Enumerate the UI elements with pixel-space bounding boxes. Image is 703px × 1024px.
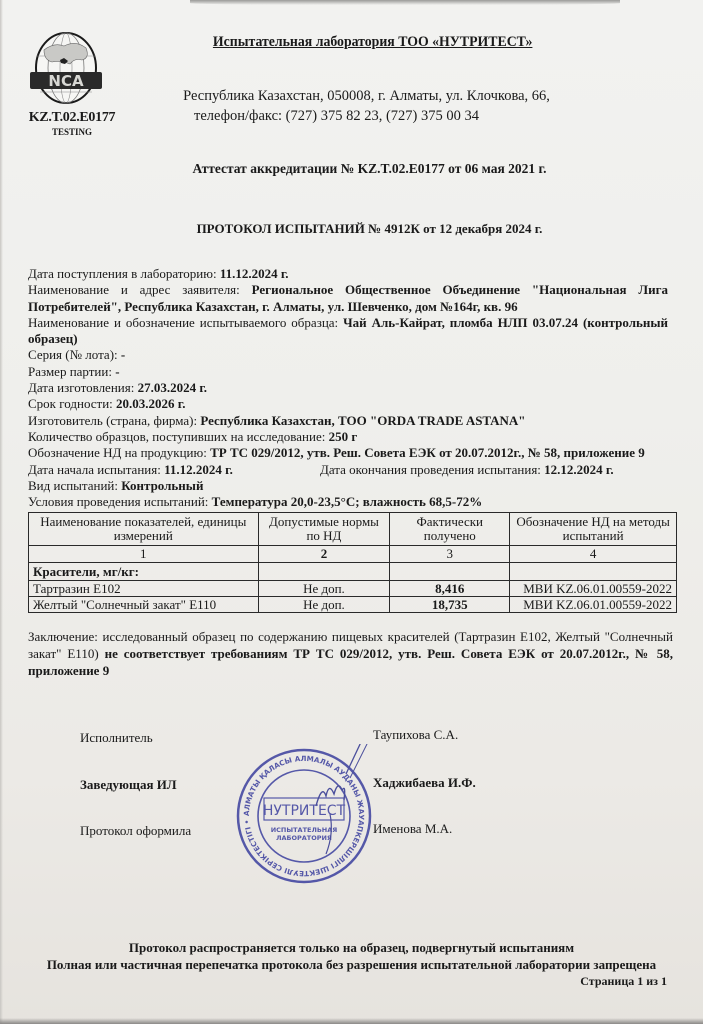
column-header: Фактически получено [390,513,510,546]
paper-edge [0,0,3,1024]
address-line: Республика Казахстан, 050008, г. Алматы,… [30,86,703,106]
table-row: Тартразин Е102 Не доп. 8,416 МВИ KZ.06.0… [29,581,677,597]
column-number: 3 [390,546,510,563]
column-header: Наименование показателей, единицы измере… [29,513,259,546]
footer-disclaimer: Протокол распространяется только на обра… [0,940,703,956]
logo-subtitle: TESTING [18,127,126,137]
field-lot: Серия (№ лота): - [28,347,668,363]
field-sample: Наименование и обозначение испытываемого… [28,315,668,348]
actual-value-cell: 8,416 [390,581,510,597]
footer-copyright-notice: Полная или частичная перепечатка протоко… [0,957,703,973]
sample-details: Дата поступления в лабораторию: 11.12.20… [28,266,668,510]
column-number: 1 [29,546,259,563]
group-label: Красители, мг/кг: [29,563,259,581]
signature-name-executor: Таупихова С.А. [373,727,458,743]
norm-cell: Не доп. [258,597,390,613]
table-group-row: Красители, мг/кг: [29,563,677,581]
column-number: 4 [510,546,677,563]
field-applicant: Наименование и адрес заявителя: Регионал… [28,282,668,315]
column-header: Допустимые нормы по НД [258,513,390,546]
field-test-dates: Дата начала испытания: 11.12.2024 г. Дат… [28,462,668,478]
method-cell: МВИ KZ.06.01.00559-2022 [510,581,677,597]
field-conditions: Условия проведения испытаний: Температур… [28,494,668,510]
svg-text:ИСПЫТАТЕЛЬНАЯ: ИСПЫТАТЕЛЬНАЯ [271,826,338,834]
indicator-cell: Желтый "Солнечный закат" Е110 [29,597,259,613]
field-received: Дата поступления в лабораторию: 11.12.20… [28,266,668,282]
results-table: Наименование показателей, единицы измере… [28,512,677,613]
signature-role-executor: Исполнитель [80,730,153,746]
conclusion-verdict: не соответствует требованиям ТР ТС 029/2… [28,646,673,678]
lab-name: Испытательная лаборатория ТОО «НУТРИТЕСТ… [28,34,675,51]
actual-value-cell: 18,735 [390,597,510,613]
field-standard: Обозначение НД на продукцию: ТР ТС 029/2… [28,445,668,461]
svg-text:ЛАБОРАТОРИЯ: ЛАБОРАТОРИЯ [276,834,332,842]
page-number: Страница 1 из 1 [580,974,667,989]
protocol-title: ПРОТОКОЛ ИСПЫТАНИЙ № 4912К от 12 декабря… [0,221,703,237]
table-row: Желтый "Солнечный закат" Е110 Не доп. 18… [29,597,677,613]
column-number: 2 [258,546,390,563]
field-test-type: Вид испытаний: Контрольный [28,478,668,494]
table-header-row: Наименование показателей, единицы измере… [29,513,677,546]
column-number-row: 1 2 3 4 [29,546,677,563]
field-expiry: Срок годности: 20.03.2026 г. [28,396,668,412]
norm-cell: Не доп. [258,581,390,597]
document-page: NCA KZ.T.02.E0177 TESTING Испытательная … [0,0,703,1024]
accreditation-certificate: Аттестат аккредитации № KZ.T.02.E0177 от… [0,161,703,177]
phone-line: телефон/факс: (727) 375 82 23, (727) 375… [30,106,703,126]
lab-stamp-icon: АЛМАТЫ ҚАЛАСЫ АЛМАЛЫ АУДАНЫ ЖАУАПКЕРШІЛІ… [234,744,374,884]
field-batch-size: Размер партии: - [28,364,668,380]
field-manufacturer: Изготовитель (страна, фирма): Республика… [28,413,668,429]
method-cell: МВИ KZ.06.01.00559-2022 [510,597,677,613]
svg-text:НУТРИТЕСТ: НУТРИТЕСТ [263,803,346,819]
signature-name-head: Хаджибаева И.Ф. [373,775,476,791]
conclusion: Заключение: исследованный образец по сод… [28,628,673,679]
paper-shadow-bottom [0,1018,703,1024]
field-test-end: Дата окончания проведения испытания: 12.… [320,462,614,478]
paper-shadow-top [190,0,620,5]
indicator-cell: Тартразин Е102 [29,581,259,597]
field-quantity: Количество образцов, поступивших на иссл… [28,429,668,445]
signature-name-preparer: Именова М.А. [373,821,452,837]
signature-role-head: Заведующая ИЛ [80,777,177,793]
lab-address: Республика Казахстан, 050008, г. Алматы,… [0,86,703,126]
signature-role-preparer: Протокол оформила [80,823,191,839]
field-manufactured: Дата изготовления: 27.03.2024 г. [28,380,668,396]
column-header: Обозначение НД на методы испытаний [510,513,677,546]
